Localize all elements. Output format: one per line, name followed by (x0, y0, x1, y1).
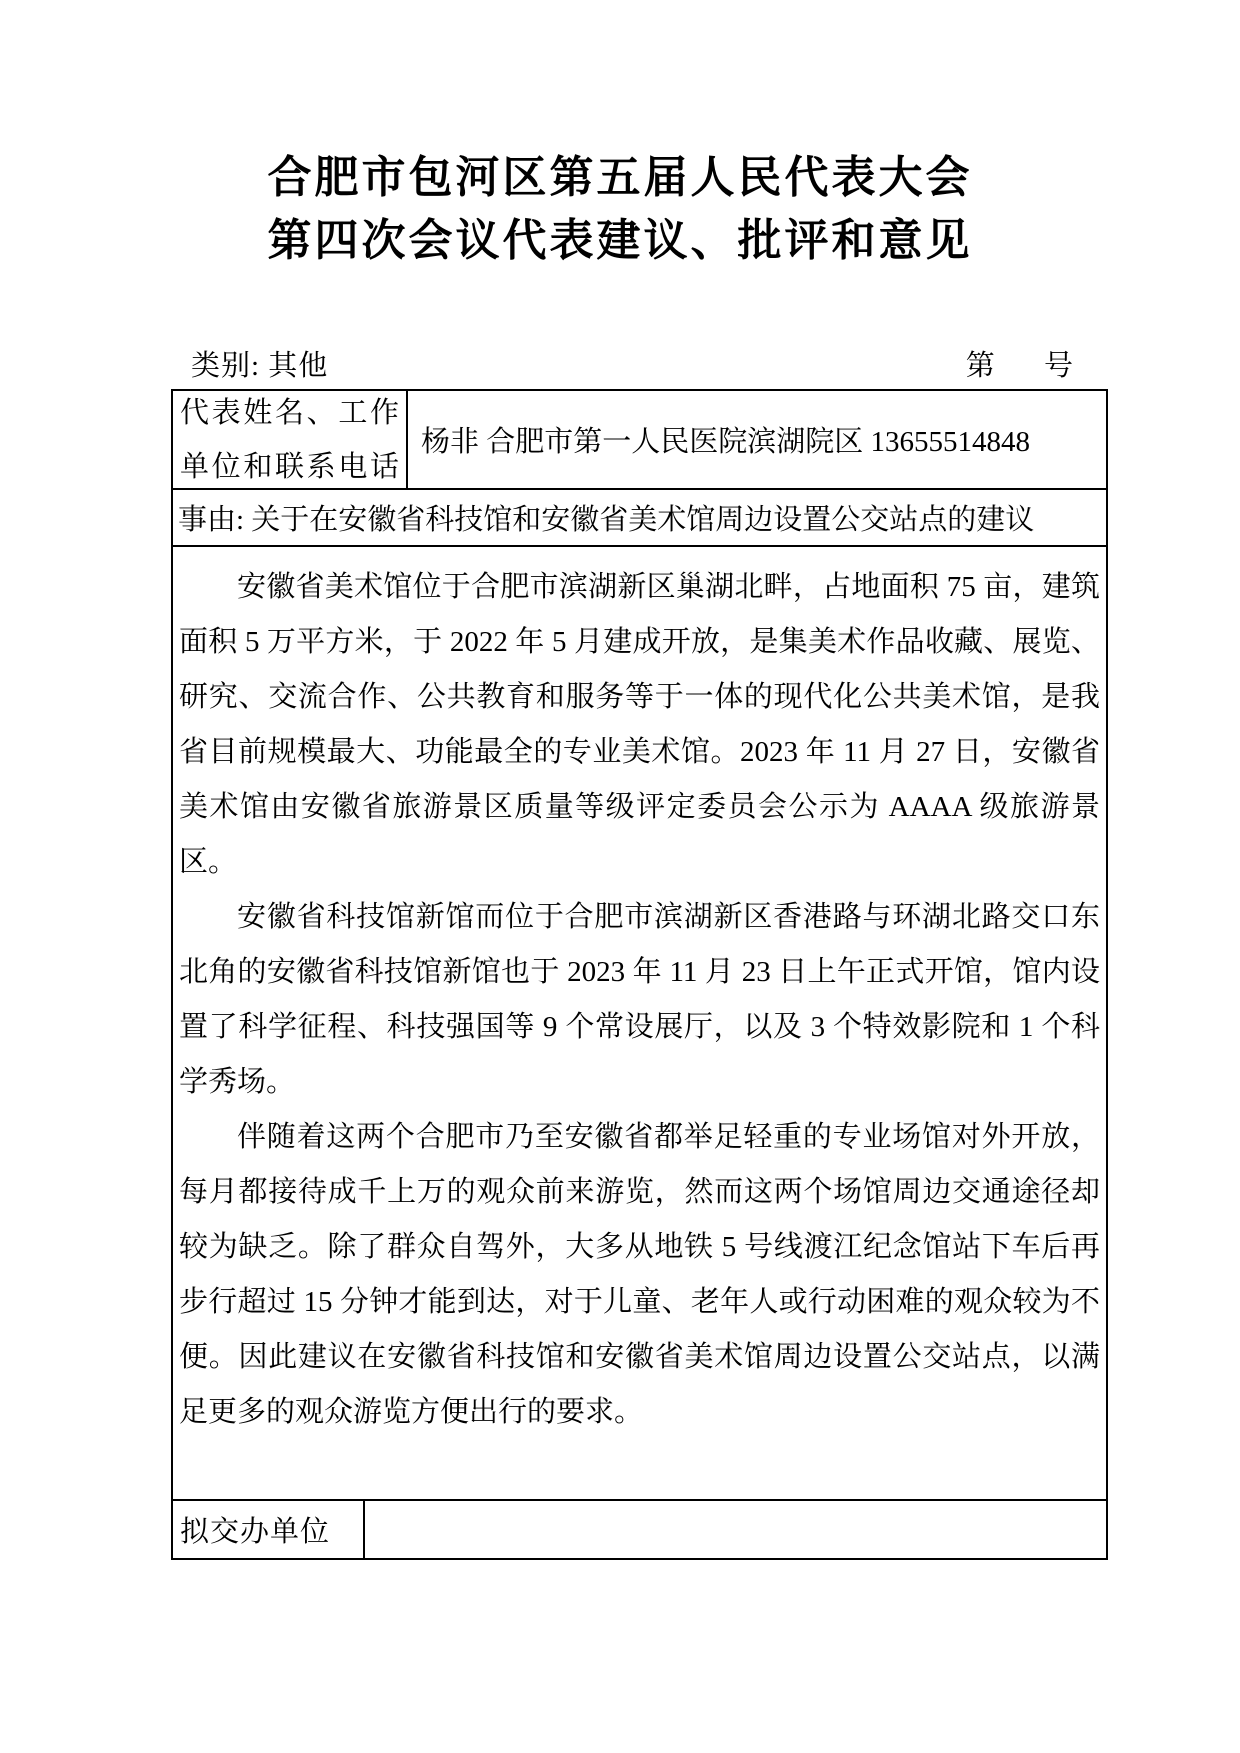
assign-label-cell: 拟交办单位 (173, 1501, 365, 1558)
representative-label-cell: 代表姓名、工作 单位和联系电话 (173, 391, 408, 488)
body-paragraph: 安徽省科技馆新馆而位于合肥市滨湖新区香港路与环湖北路交口东北角的安徽省科技馆新馆… (179, 890, 1100, 1110)
document-title-line2: 第四次会议代表建议、批评和意见 (0, 209, 1240, 272)
representative-row: 代表姓名、工作 单位和联系电话 杨非 合肥市第一人民医院滨湖院区 1365551… (173, 391, 1106, 490)
body-paragraph: 安徽省美术馆位于合肥市滨湖新区巢湖北畔，占地面积 75 亩，建筑面积 5 万平方… (179, 560, 1100, 890)
document-title-line1: 合肥市包河区第五届人民代表大会 (0, 146, 1240, 209)
representative-label-line2: 单位和联系电话 (180, 440, 399, 489)
body-row: 安徽省美术馆位于合肥市滨湖新区巢湖北畔，占地面积 75 亩，建筑面积 5 万平方… (173, 547, 1106, 1501)
assign-label: 拟交办单位 (180, 1509, 330, 1550)
assign-value-cell (365, 1501, 1106, 1558)
document-number: 第 号 (966, 346, 1073, 386)
representative-label-line1: 代表姓名、工作 (180, 391, 399, 440)
representative-value: 杨非 合肥市第一人民医院滨湖院区 13655514848 (421, 419, 1030, 460)
document-title: 合肥市包河区第五届人民代表大会 第四次会议代表建议、批评和意见 (0, 146, 1240, 272)
number-suffix: 号 (1044, 346, 1073, 386)
document-page: 合肥市包河区第五届人民代表大会 第四次会议代表建议、批评和意见 类别: 其他 第… (0, 0, 1240, 1753)
subject-cell: 事由: 关于在安徽省科技馆和安徽省美术馆周边设置公交站点的建议 (173, 490, 1106, 545)
body-paragraph: 伴随着这两个合肥市乃至安徽省都举足轻重的专业场馆对外开放，每月都接待成千上万的观… (179, 1110, 1100, 1440)
subject-text: 事由: 关于在安徽省科技馆和安徽省美术馆周边设置公交站点的建议 (178, 497, 1034, 538)
representative-value-cell: 杨非 合肥市第一人民医院滨湖院区 13655514848 (408, 391, 1106, 488)
assign-row: 拟交办单位 (173, 1501, 1106, 1558)
meta-line: 类别: 其他 第 号 (171, 346, 1108, 386)
category-label: 类别: 其他 (191, 346, 328, 386)
body-cell: 安徽省美术馆位于合肥市滨湖新区巢湖北畔，占地面积 75 亩，建筑面积 5 万平方… (173, 547, 1106, 1499)
number-prefix: 第 (966, 346, 995, 386)
proposal-table: 代表姓名、工作 单位和联系电话 杨非 合肥市第一人民医院滨湖院区 1365551… (171, 389, 1108, 1560)
subject-row: 事由: 关于在安徽省科技馆和安徽省美术馆周边设置公交站点的建议 (173, 490, 1106, 547)
